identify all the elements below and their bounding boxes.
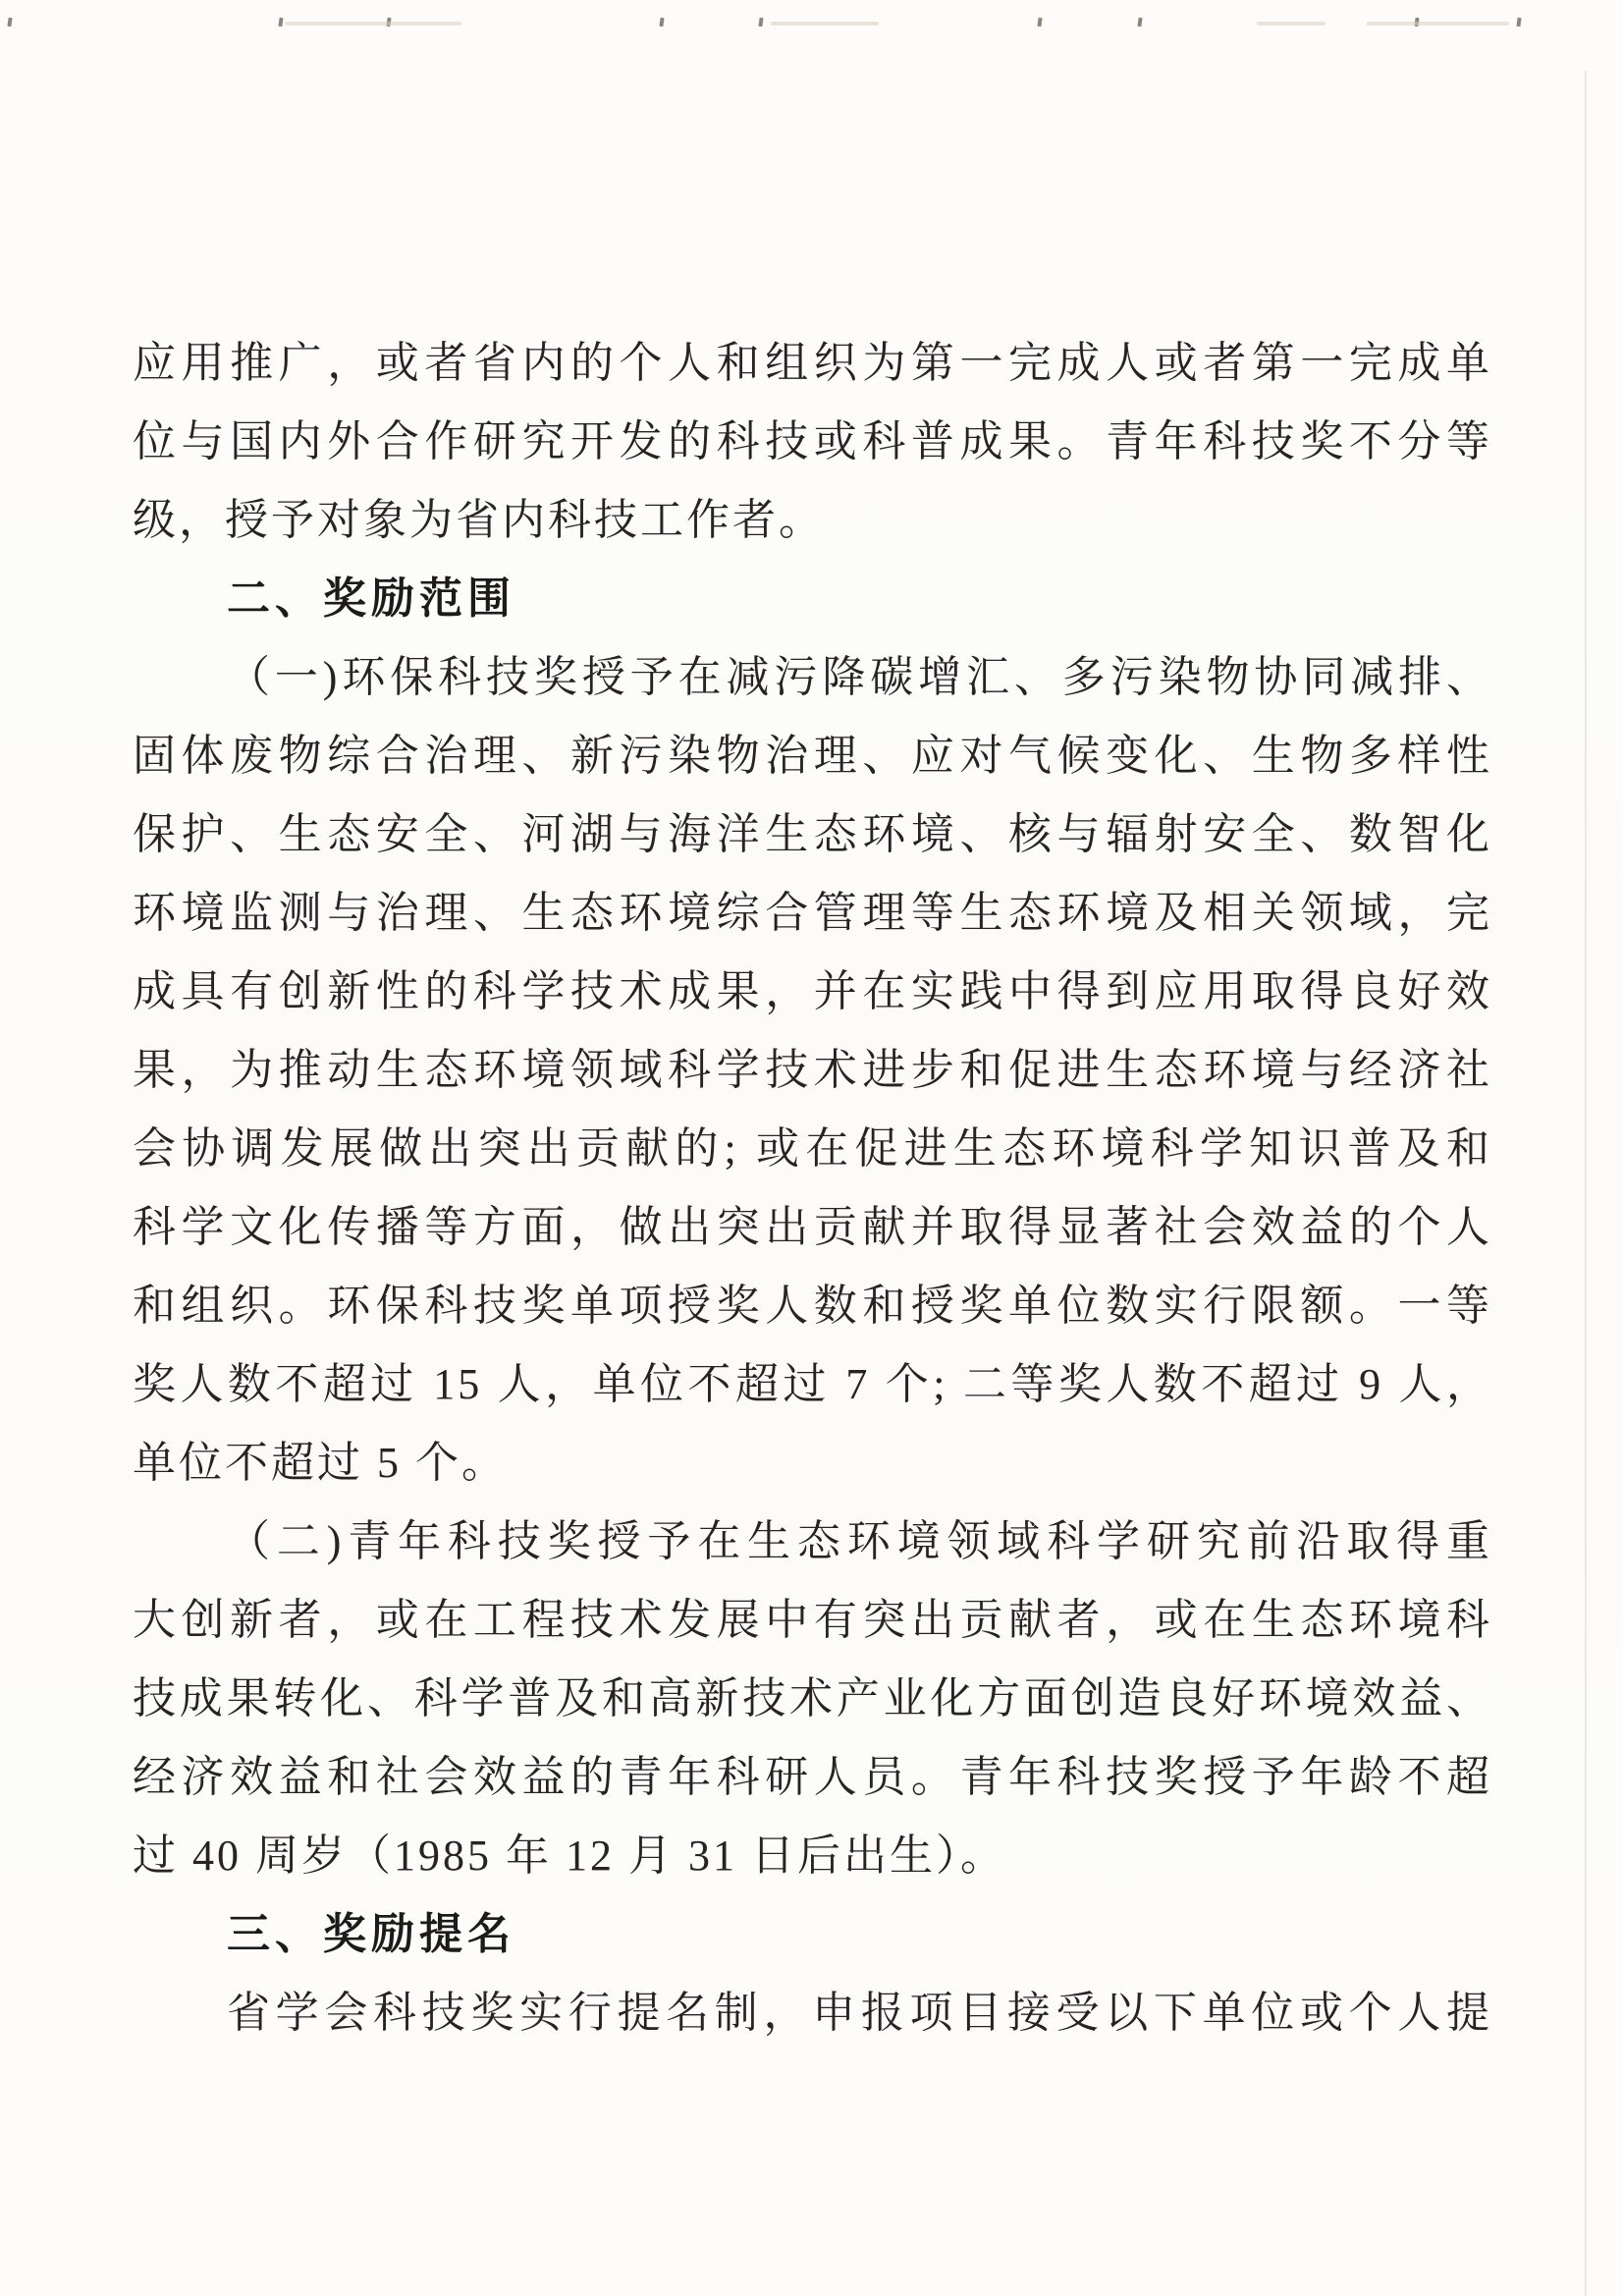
- text-line: 科学文化传播等方面，做出突出贡献并取得显著社会效益的个人: [133, 1188, 1492, 1267]
- scan-streak: [771, 22, 879, 26]
- scan-speck: [1037, 18, 1042, 27]
- text-line: 省学会科技奖实行提名制，申报项目接受以下单位或个人提: [133, 1974, 1492, 2052]
- text-line: 环境监测与治理、生态环境综合管理等生态环境及相关领域，完: [133, 874, 1492, 953]
- text-line: 过 40 周岁（1985 年 12 月 31 日后出生）。: [133, 1817, 1492, 1895]
- text-line: 技成果转化、科学普及和高新技术产业化方面创造良好环境效益、: [133, 1660, 1492, 1738]
- scan-speck: [1137, 18, 1142, 27]
- paragraph: （一)环保科技奖授予在减污降碳增汇、多污染物协同减排、固体废物综合治理、新污染物…: [133, 638, 1492, 1503]
- text-line: 奖人数不超过 15 人，单位不超过 7 个; 二等奖人数不超过 9 人，: [133, 1345, 1492, 1424]
- scan-streak: [285, 22, 461, 26]
- text-line: 会协调发展做出突出贡献的; 或在促进生态环境科学知识普及和: [133, 1110, 1492, 1188]
- text-line: 经济效益和社会效益的青年科研人员。青年科技奖授予年龄不超: [133, 1738, 1492, 1817]
- document-content: 应用推广，或者省内的个人和组织为第一完成人或者第一完成单位与国内外合作研究开发的…: [133, 324, 1492, 2052]
- section-heading: 三、奖励提名: [133, 1895, 1492, 1974]
- scan-streak: [1257, 22, 1325, 26]
- document-page: 应用推广，或者省内的个人和组织为第一完成人或者第一完成单位与国内外合作研究开发的…: [0, 0, 1623, 2296]
- text-line: 单位不超过 5 个。: [133, 1424, 1492, 1503]
- scan-speck: [1516, 18, 1521, 27]
- scan-speck: [659, 18, 664, 27]
- text-line: 位与国内外合作研究开发的科技或科普成果。青年科技奖不分等: [133, 403, 1492, 481]
- text-line: 固体废物综合治理、新污染物治理、应对气候变化、生物多样性: [133, 717, 1492, 795]
- paragraph: 应用推广，或者省内的个人和组织为第一完成人或者第一完成单位与国内外合作研究开发的…: [133, 324, 1492, 560]
- scan-speck: [758, 18, 763, 27]
- paragraph: （二)青年科技奖授予在生态环境领域科学研究前沿取得重大创新者，或在工程技术发展中…: [133, 1503, 1492, 1895]
- text-line: （二)青年科技奖授予在生态环境领域科学研究前沿取得重: [133, 1503, 1492, 1581]
- text-line: 果，为推动生态环境领域科学技术进步和促进生态环境与经济社: [133, 1031, 1492, 1110]
- section-heading: 二、奖励范围: [133, 560, 1492, 638]
- text-line: 保护、生态安全、河湖与海洋生态环境、核与辐射安全、数智化: [133, 795, 1492, 874]
- text-line: 大创新者，或在工程技术发展中有突出贡献者，或在生态环境科: [133, 1581, 1492, 1660]
- text-line: （一)环保科技奖授予在减污降碳增汇、多污染物协同减排、: [133, 638, 1492, 717]
- scan-speck: [278, 18, 283, 27]
- scan-edge-line: [1585, 71, 1587, 2296]
- scan-streak: [1367, 22, 1509, 26]
- scan-speck: [7, 18, 12, 27]
- text-line: 成具有创新性的科学技术成果，并在实践中得到应用取得良好效: [133, 953, 1492, 1031]
- paragraph: 省学会科技奖实行提名制，申报项目接受以下单位或个人提: [133, 1974, 1492, 2052]
- text-line: 和组织。环保科技奖单项授奖人数和授奖单位数实行限额。一等: [133, 1267, 1492, 1345]
- text-line: 级，授予对象为省内科技工作者。: [133, 481, 1492, 560]
- text-line: 应用推广，或者省内的个人和组织为第一完成人或者第一完成单: [133, 324, 1492, 403]
